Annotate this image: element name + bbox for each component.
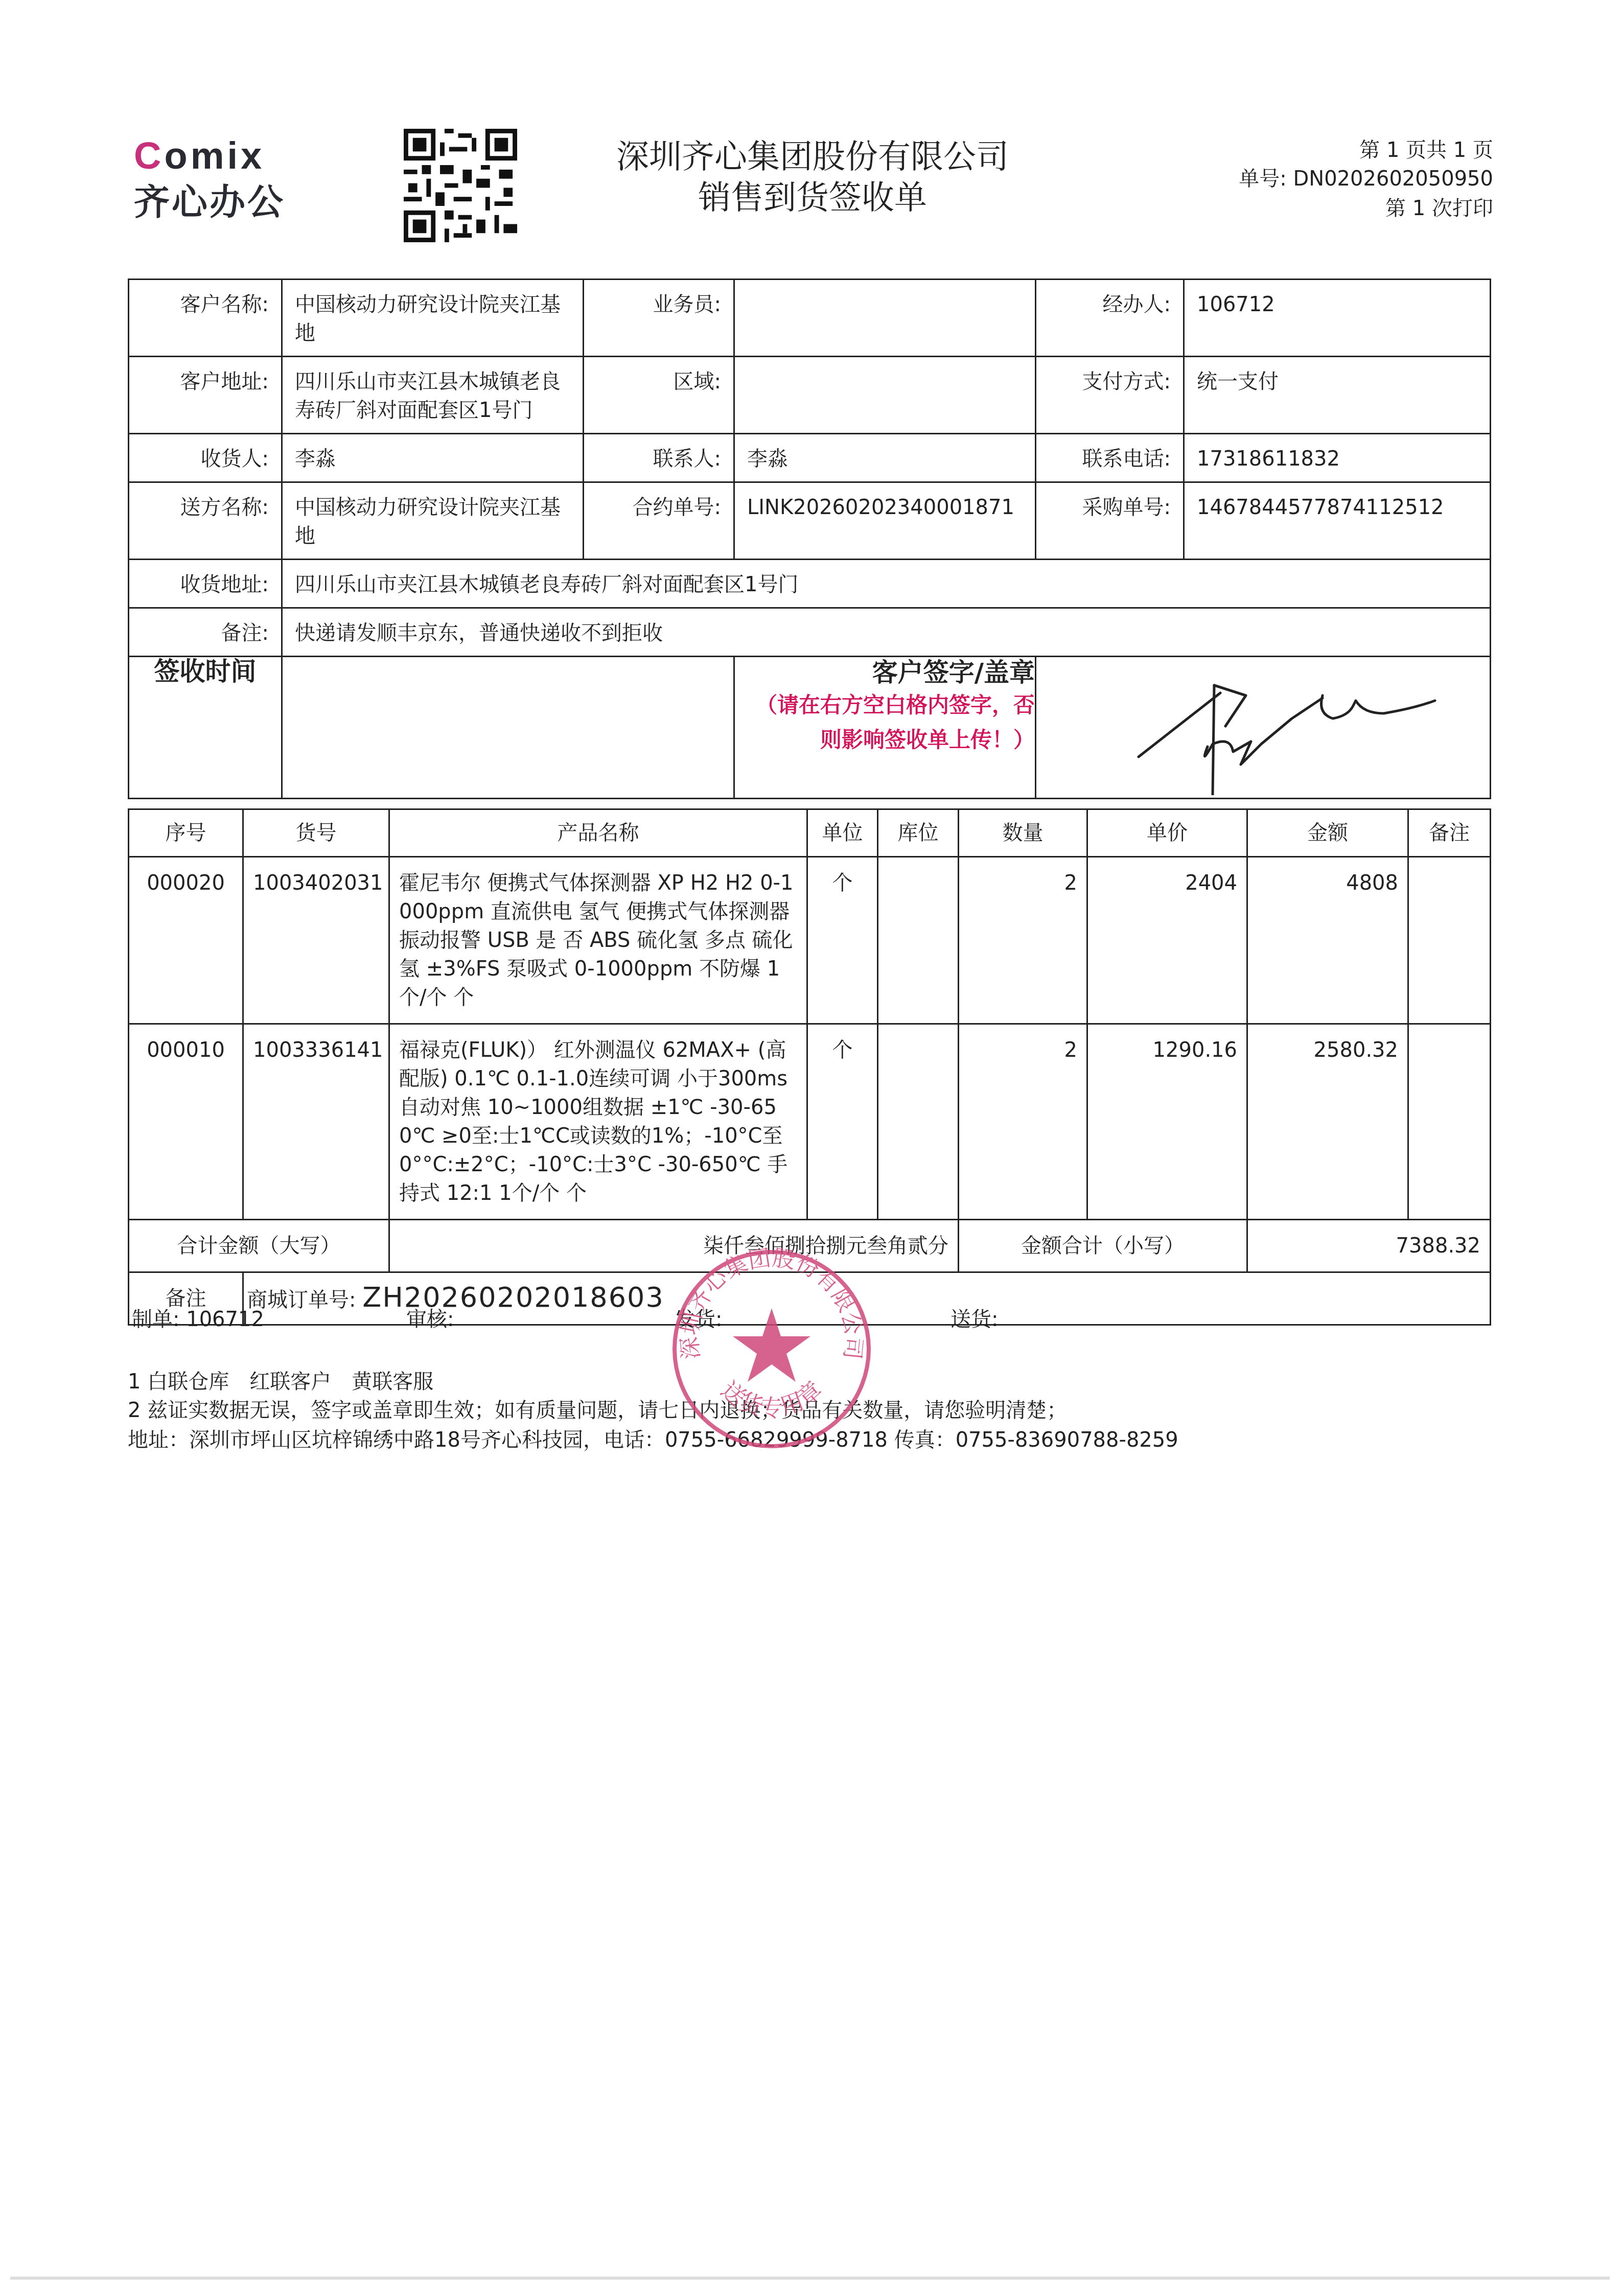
payment-label: 支付方式: [1036,357,1184,434]
copies-note: 1 白联仓库 红联客户 黄联客服 [128,1365,433,1395]
phone-label: 联系电话: [1036,434,1184,482]
item-seq: 000020 [129,857,243,1024]
col-unit: 单位 [807,809,878,857]
item-amount: 4808 [1247,857,1408,1024]
contact: 李淼 [734,434,1036,482]
remark-label: 备注: [129,608,282,657]
doc-number: 单号: DN0202602050950 [1239,163,1493,192]
stamp-text-bottom: 送货专用章 [716,1376,827,1422]
phone: 17318611832 [1184,434,1491,482]
receiver: 李淼 [282,434,584,482]
brand-logo-en: Comix [134,134,265,177]
maker: 制单: 106712 [132,1303,264,1332]
deliver-label: 送货: [950,1303,998,1332]
table-row: 000020 1003402031 霍尼韦尔 便携式气体探测器 XP H2 H2… [129,857,1491,1024]
col-sku: 货号 [243,809,389,857]
customer-name: 中国核动力研究设计院夹江基地 [282,280,584,357]
customer-address-label: 客户地址: [129,357,282,434]
item-amount: 2580.32 [1247,1024,1408,1220]
star-icon [733,1308,810,1382]
delivery-address-label: 收货地址: [129,560,282,608]
svg-text:送货专用章: 送货专用章 [716,1376,827,1422]
doc-number-label: 单号: [1239,167,1286,191]
ship-to: 中国核动力研究设计院夹江基地 [282,482,584,560]
company-address: 地址：深圳市坪山区坑梓锦绣中路18号齐心科技园，电话：0755-66829999… [128,1424,1178,1453]
contact-label: 联系人: [584,434,734,482]
item-price: 2404 [1087,857,1247,1024]
item-note [1408,857,1491,1024]
sign-label-cell: 客户签字/盖章 （请在右方空白格内签字，否则影响签收单上传！） [734,657,1036,799]
item-price: 1290.16 [1087,1024,1247,1220]
signature-icon [1077,657,1537,795]
contract-number: LINK20260202340001871 [734,482,1036,560]
document-title: 销售到货签收单 [588,171,1037,218]
item-qty: 2 [959,857,1087,1024]
region-label: 区域: [584,357,734,434]
customer-address: 四川乐山市夹江县木城镇老良寿砖厂斜对面配套区1号门 [282,357,584,434]
maker-value: 106712 [186,1308,264,1331]
salesman [734,280,1036,357]
col-product-name: 产品名称 [389,809,807,857]
brand-logo-initial: C [134,134,164,177]
total-upper-label: 合计金额（大写） [129,1220,389,1272]
items-header-row: 序号 货号 产品名称 单位 库位 数量 单价 金额 备注 [129,809,1491,857]
sign-time-field[interactable] [282,657,734,799]
col-price: 单价 [1087,809,1247,857]
item-location [878,857,959,1024]
ship-to-label: 送方名称: [129,482,282,560]
region [734,357,1036,434]
po-label: 采购单号: [1036,482,1184,560]
signature-field[interactable] [1036,657,1491,799]
remark: 快递请发顺丰京东，普通快递收不到拒收 [282,608,1491,657]
contract-label: 合约单号: [584,482,734,560]
sign-time-label: 签收时间 [129,657,282,799]
item-sku: 1003336141 [243,1024,389,1220]
item-note [1408,1024,1491,1220]
item-name: 霍尼韦尔 便携式气体探测器 XP H2 H2 0-1000ppm 直流供电 氢气… [389,857,807,1024]
sign-label: 客户签字/盖章 [740,657,1035,688]
doc-number-value: DN0202602050950 [1293,167,1493,191]
customer-name-label: 客户名称: [129,280,282,357]
sign-note: （请在右方空白格内签字，否则影响签收单上传！） [740,688,1035,757]
salesman-label: 业务员: [584,280,734,357]
page-info: 第 1 页共 1 页 [1359,134,1493,163]
item-location [878,1024,959,1220]
item-qty: 2 [959,1024,1087,1220]
delivery-address: 四川乐山市夹江县木城镇老良寿砖厂斜对面配套区1号门 [282,560,1491,608]
item-unit: 个 [807,1024,878,1220]
print-count: 第 1 次打印 [1385,192,1493,221]
po-number: 1467844577874112512 [1184,482,1491,560]
audit-label: 审核: [406,1303,454,1332]
col-location: 库位 [878,809,959,857]
col-qty: 数量 [959,809,1087,857]
handler: 106712 [1184,280,1491,357]
col-amount: 金额 [1247,809,1408,857]
scan-edge-divider [10,2277,1610,2280]
handler-label: 经办人: [1036,280,1184,357]
payment-method: 统一支付 [1184,357,1491,434]
receiver-label: 收货人: [129,434,282,482]
item-name: 福禄克(FLUK)） 红外测温仪 62MAX+ (高配版) 0.1℃ 0.1-1… [389,1024,807,1220]
col-seq: 序号 [129,809,243,857]
total-lower: 7388.32 [1247,1220,1491,1272]
item-seq: 000010 [129,1024,243,1220]
qr-code-icon [404,129,517,242]
table-row: 000010 1003336141 福禄克(FLUK)） 红外测温仪 62MAX… [129,1024,1491,1220]
item-sku: 1003402031 [243,857,389,1024]
col-note: 备注 [1408,809,1491,857]
item-unit: 个 [807,857,878,1024]
company-stamp-icon: 深圳齐心集团股份有限公司 送货专用章 [664,1242,879,1456]
total-lower-label: 金额合计（小写） [959,1220,1247,1272]
terms-note: 2 兹证实数据无误，签字或盖章即生效；如有质量问题，请七日内退换；货品有关数量，… [128,1394,1067,1423]
brand-logo-cn: 齐心办公 [134,174,285,225]
customer-info-table: 客户名称: 中国核动力研究设计院夹江基地 业务员: 经办人: 106712 客户… [128,279,1491,799]
company-title: 深圳齐心集团股份有限公司 [588,130,1037,177]
